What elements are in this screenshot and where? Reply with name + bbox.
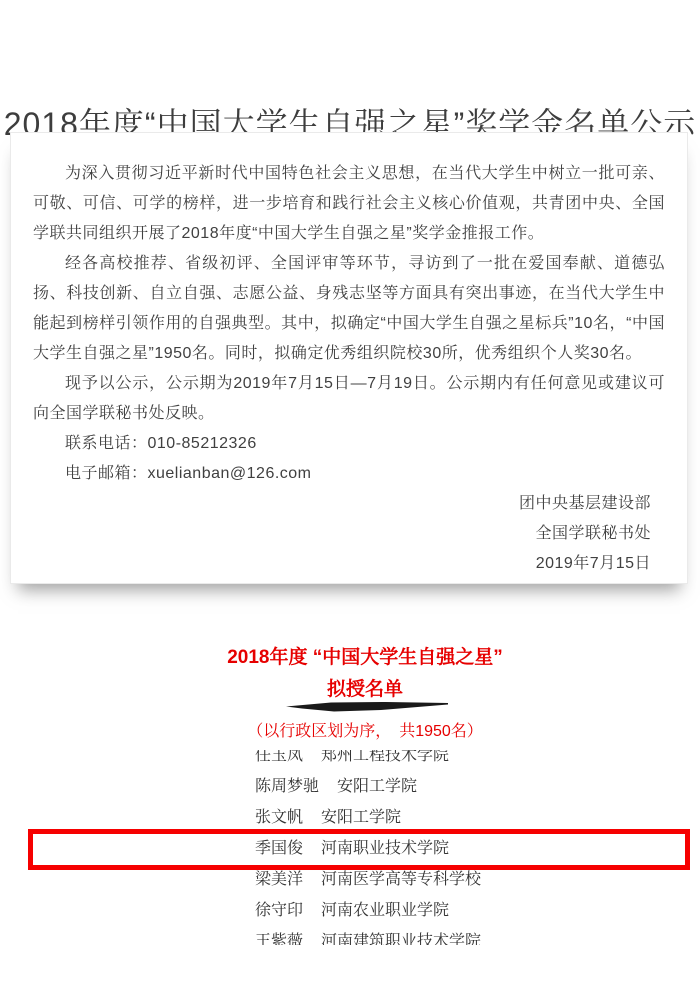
notice-paragraph: 现予以公示，公示期为2019年7月15日—7月19日。公示期内有任何意见或建议可… <box>33 369 665 429</box>
entry-name: 任玉凤 <box>255 750 303 771</box>
list-section-subtitle: （以行政区划为序， 共1950名） <box>30 718 700 741</box>
entry-school: 郑州工程技术学院 <box>321 750 449 771</box>
entry-name: 徐守印 <box>255 895 303 926</box>
contact-phone: 联系电话：010-85212326 <box>33 429 665 459</box>
notice-card: 为深入贯彻习近平新时代中国特色社会主义思想，在当代大学生中树立一批可亲、可敬、可… <box>10 132 688 584</box>
entry-school: 安阳工学院 <box>337 771 417 802</box>
notice-paragraph: 为深入贯彻习近平新时代中国特色社会主义思想，在当代大学生中树立一批可亲、可敬、可… <box>33 159 665 249</box>
brush-divider-stroke <box>286 701 448 713</box>
signature-date: 2019年7月15日 <box>33 549 665 579</box>
list-item: 王紫薇河南建筑职业技术学院 <box>255 926 585 945</box>
notice-paragraph: 经各高校推荐、省级初评、全国评审等环节，寻访到了一批在爱国奉献、道德弘扬、科技创… <box>33 249 665 369</box>
entry-name: 陈周梦驰 <box>255 771 319 802</box>
entry-school: 河南农业职业学院 <box>321 895 449 926</box>
list-item: 徐守印河南农业职业学院 <box>255 895 585 926</box>
list-section-title-line2: 拟授名单 <box>30 674 700 701</box>
entry-school: 河南建筑职业技术学院 <box>321 926 481 945</box>
brush-divider <box>286 700 448 712</box>
signature-secretariat: 全国学联秘书处 <box>33 519 665 549</box>
entry-name: 王紫薇 <box>255 926 303 945</box>
list-section-title-line1: 2018年度 “中国大学生自强之星” <box>30 642 700 669</box>
signature-department: 团中央基层建设部 <box>33 489 665 519</box>
highlight-box <box>28 829 690 870</box>
list-item: 任玉凤郑州工程技术学院 <box>255 750 585 771</box>
contact-email: 电子邮箱：xuelianban@126.com <box>33 459 665 489</box>
list-item: 陈周梦驰安阳工学院 <box>255 771 585 802</box>
announcement-page: 2018年度“中国大学生自强之星”奖学金名单公示 为深入贯彻习近平新时代中国特色… <box>0 0 700 1000</box>
